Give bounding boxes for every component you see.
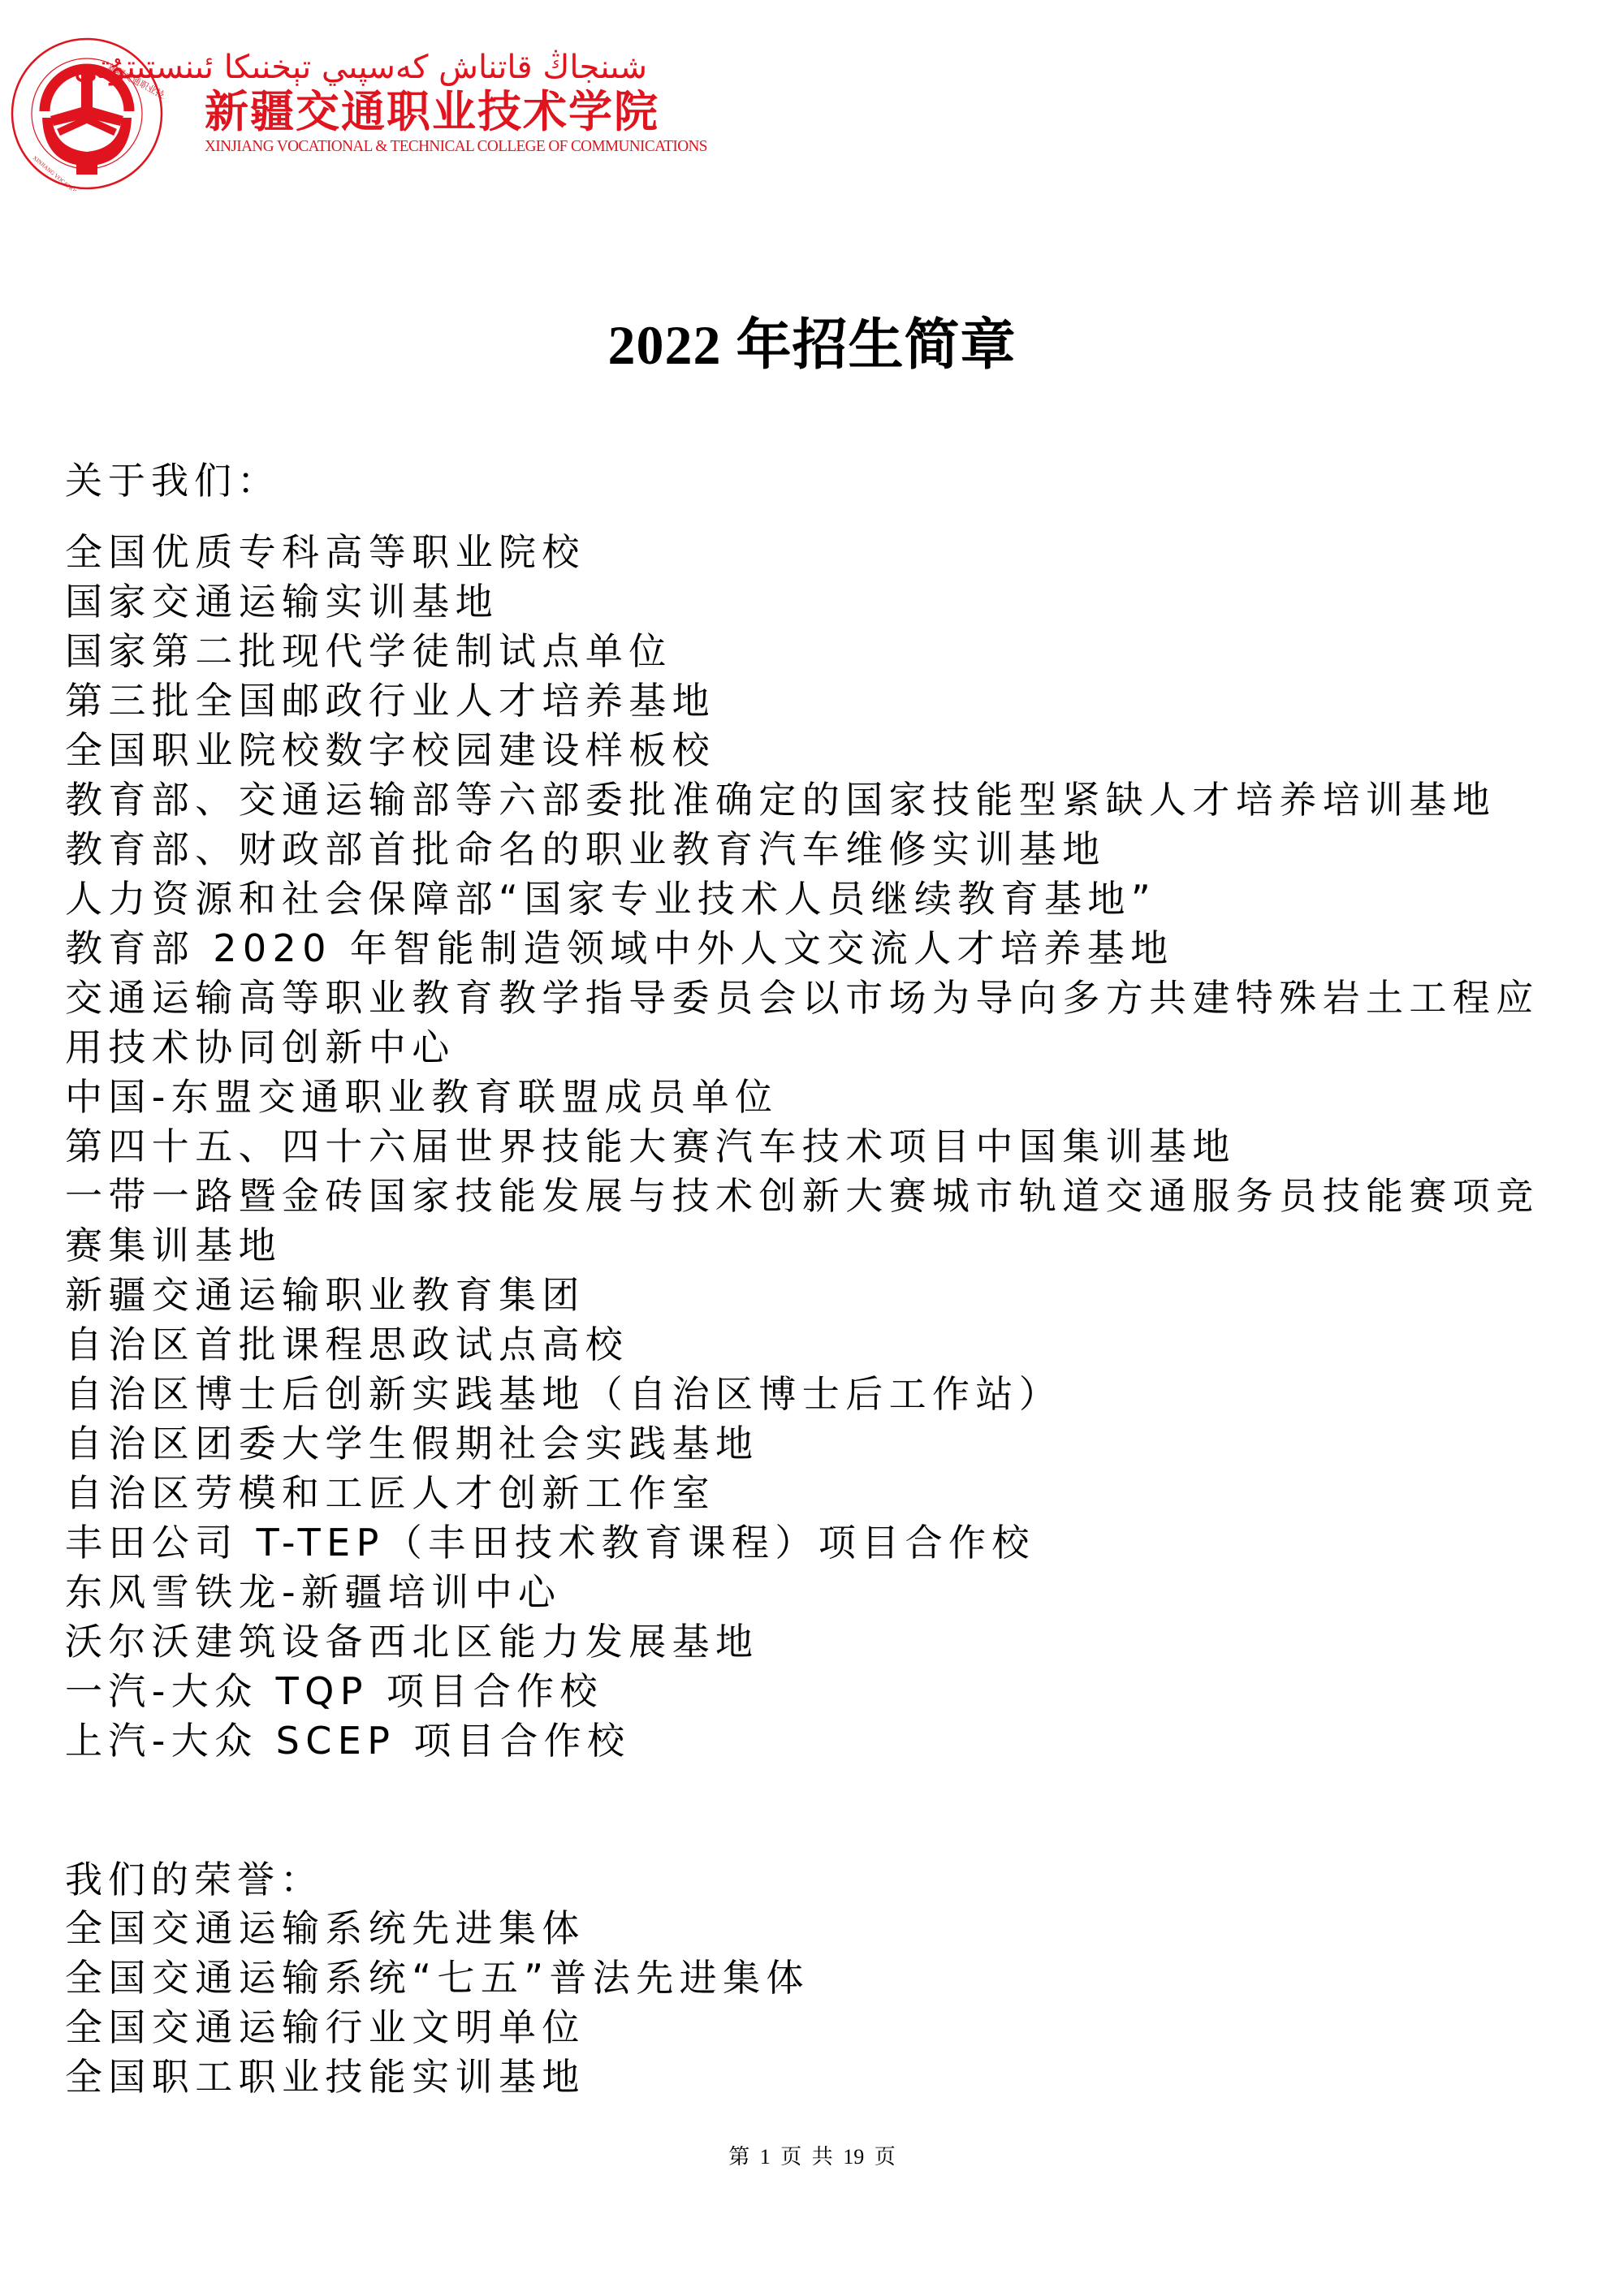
list-item: 自治区首批课程思政试点高校 bbox=[65, 1320, 1540, 1370]
about-list: 全国优质专科高等职业院校 国家交通运输实训基地 国家第二批现代学徒制试点单位 第… bbox=[65, 528, 1540, 1766]
list-item: 国家第二批现代学徒制试点单位 bbox=[65, 627, 1540, 676]
list-item: 赛集训基地 bbox=[65, 1221, 1540, 1271]
list-item: 全国职业院校数字校园建设样板校 bbox=[65, 726, 1540, 775]
list-item: 全国交通运输行业文明单位 bbox=[65, 2003, 810, 2052]
list-item: 人力资源和社会保障部“国家专业技术人员继续教育基地” bbox=[65, 874, 1540, 924]
list-item: 一汽-大众 TQP 项目合作校 bbox=[65, 1667, 1540, 1716]
college-name-english: XINJIANG VOCATIONAL & TECHNICAL COLLEGE … bbox=[205, 136, 629, 156]
document-title: 2022 年招生简章 bbox=[0, 313, 1624, 378]
list-item: 新疆交通运输职业教育集团 bbox=[65, 1271, 1540, 1320]
list-item: 国家交通运输实训基地 bbox=[65, 577, 1540, 627]
list-item: 中国-东盟交通职业教育联盟成员单位 bbox=[65, 1072, 1540, 1122]
list-item: 用技术协同创新中心 bbox=[65, 1023, 1540, 1072]
list-item: 自治区博士后创新实践基地（自治区博士后工作站） bbox=[65, 1370, 1540, 1419]
list-item: 第三批全国邮政行业人才培养基地 bbox=[65, 676, 1540, 726]
list-item: 交通运输高等职业教育教学指导委员会以市场为导向多方共建特殊岩土工程应 bbox=[65, 973, 1540, 1023]
college-name-uyghur: شىنجاڭ قاتناش كەسپىي تېخنىكا ئىنستىتۇتى bbox=[205, 47, 647, 88]
letterhead: 新疆交通职业技术学院 XINJIANG VOCATIONAL & TECHNIC… bbox=[0, 0, 1624, 203]
list-item: 第四十五、四十六届世界技能大赛汽车技术项目中国集训基地 bbox=[65, 1122, 1540, 1172]
list-item: 教育部、交通运输部等六部委批准确定的国家技能型紧缺人才培养培训基地 bbox=[65, 775, 1540, 825]
list-item: 上汽-大众 SCEP 项目合作校 bbox=[65, 1716, 1540, 1766]
list-item: 沃尔沃建筑设备西北区能力发展基地 bbox=[65, 1617, 1540, 1667]
list-item: 教育部、财政部首批命名的职业教育汽车维修实训基地 bbox=[65, 825, 1540, 874]
list-item: 自治区劳模和工匠人才创新工作室 bbox=[65, 1469, 1540, 1518]
honors-heading: 我们的荣誉： bbox=[65, 1855, 323, 1904]
list-item: 自治区团委大学生假期社会实践基地 bbox=[65, 1419, 1540, 1469]
list-item: 东风雪铁龙-新疆培训中心 bbox=[65, 1568, 1540, 1617]
college-name-block: شىنجاڭ قاتناش كەسپىي تېخنىكا ئىنستىتۇتى … bbox=[205, 47, 647, 156]
list-item: 全国交通运输系统“七五”普法先进集体 bbox=[65, 1953, 810, 2003]
list-item: 教育部 2020 年智能制造领域中外人文交流人才培养基地 bbox=[65, 924, 1540, 973]
list-item: 丰田公司 T-TEP（丰田技术教育课程）项目合作校 bbox=[65, 1518, 1540, 1568]
page-number: 第 1 页 共 19 页 bbox=[0, 2143, 1624, 2171]
list-item: 一带一路暨金砖国家技能发展与技术创新大赛城市轨道交通服务员技能赛项竞 bbox=[65, 1172, 1540, 1221]
list-item: 全国交通运输系统先进集体 bbox=[65, 1904, 810, 1953]
list-item: 全国职工职业技能实训基地 bbox=[65, 2052, 810, 2102]
list-item: 全国优质专科高等职业院校 bbox=[65, 528, 1540, 577]
college-name-chinese: 新疆交通职业技术学院 bbox=[205, 86, 647, 136]
honors-list: 全国交通运输系统先进集体 全国交通运输系统“七五”普法先进集体 全国交通运输行业… bbox=[65, 1904, 810, 2102]
about-heading: 关于我们： bbox=[65, 456, 280, 505]
